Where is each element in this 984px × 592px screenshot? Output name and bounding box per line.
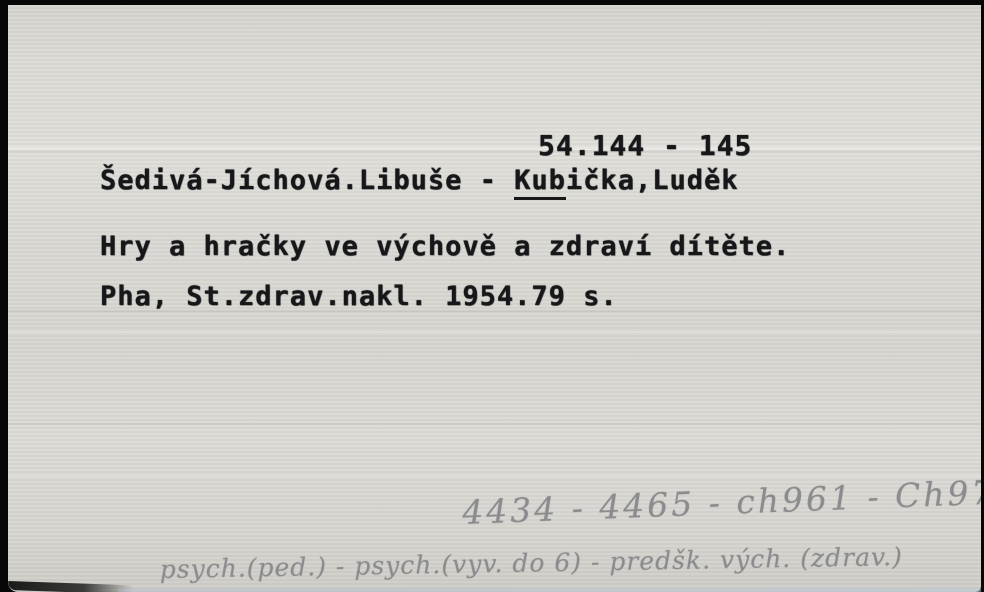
card-corner-shadow: [8, 581, 133, 592]
scan-edge-left: [0, 0, 8, 592]
author-underlined-surname: Kub: [514, 165, 566, 200]
author-rest: ička,Luděk: [566, 165, 739, 196]
scan-band: [8, 331, 981, 333]
scanned-catalog-card: 54.144 - 145 Šedivá-Jíchová.Libuše - Kub…: [0, 0, 984, 592]
handwritten-subject-headings: psych.(ped.) - psych.(vyv. do 6) - predš…: [159, 542, 903, 584]
scan-edge-top: [0, 0, 984, 5]
call-number: 54.144 - 145: [538, 129, 752, 162]
imprint-line: Pha, St.zdrav.nakl. 1954.79 s.: [100, 281, 618, 312]
scan-band: [8, 423, 981, 425]
author-line: Šedivá-Jíchová.Libuše - Kubička,Luděk: [100, 165, 738, 196]
scan-band: [8, 475, 981, 477]
catalog-card-paper: 54.144 - 145 Šedivá-Jíchová.Libuše - Kub…: [8, 5, 981, 592]
author-main: Šedivá-Jíchová.Libuše -: [100, 165, 514, 196]
card-bottom-edge: [118, 588, 981, 592]
scan-band: [8, 147, 981, 150]
title-line: Hry a hračky ve výchově a zdraví dítěte.: [100, 231, 790, 262]
handwritten-shelf-codes: 4434 - 4465 - ch961 - Ch972: [462, 472, 984, 532]
